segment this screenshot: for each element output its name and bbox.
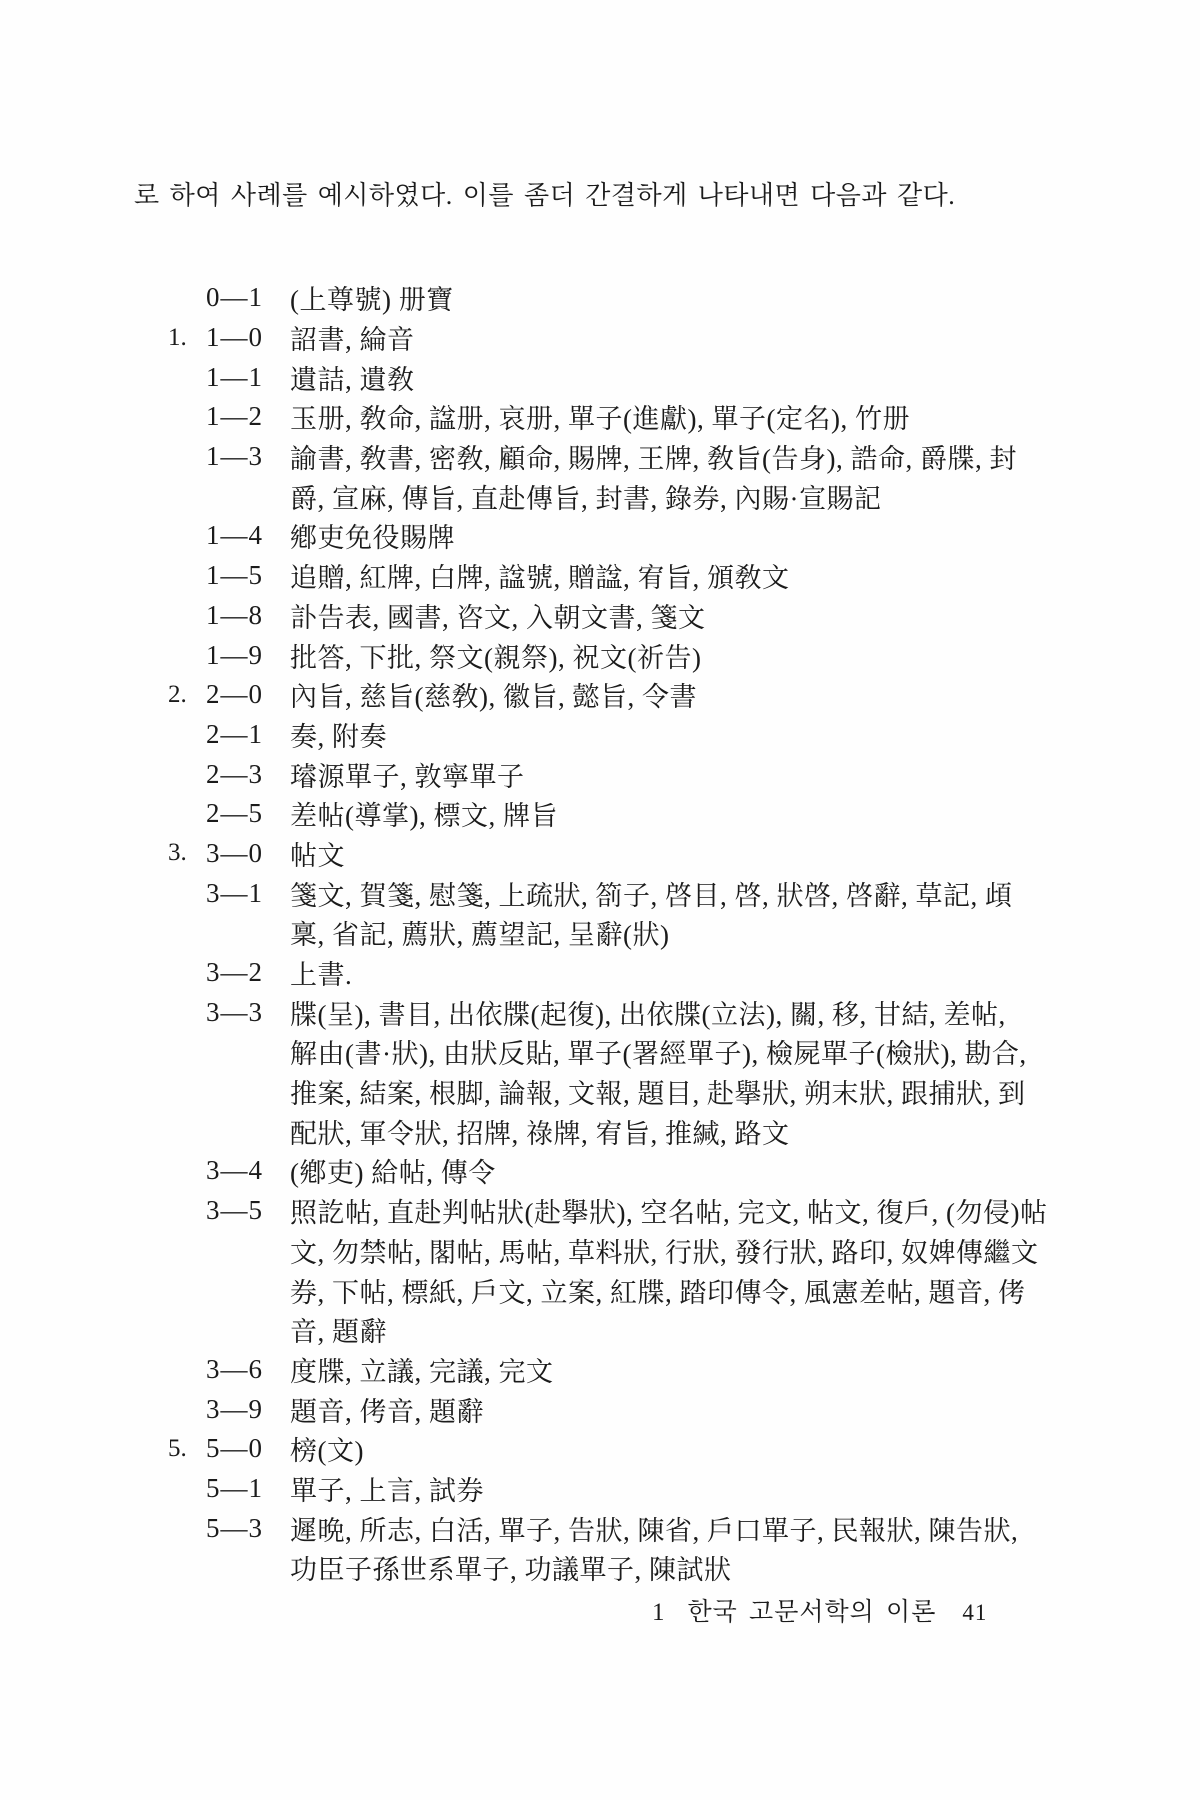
list-item: 1—5追贈, 紅牌, 白牌, 諡號, 贈諡, 宥旨, 頒敎文: [168, 556, 1068, 596]
list-item: 5—3遲晩, 所志, 白活, 單子, 告狀, 陳省, 戶口單子, 民報狀, 陳告…: [168, 1508, 1068, 1548]
list-item: 3—5照訖帖, 直赴判帖狀(赴擧狀), 空名帖, 完文, 帖文, 復戶, (勿侵…: [168, 1191, 1068, 1231]
item-text: 音, 題辭: [290, 1310, 387, 1349]
list-item: 2—3璿源單子, 敦寧單子: [168, 754, 1068, 794]
list-item: 1—4鄕吏免役賜牌: [168, 516, 1068, 556]
major-number: 2.: [168, 681, 206, 709]
item-code: 3—2: [206, 957, 290, 988]
list-item: 1.1—0詔書, 綸音: [168, 318, 1068, 358]
item-text: (上尊號) 册寶: [290, 278, 454, 317]
list-item: 3—6度牒, 立議, 完議, 完文: [168, 1350, 1068, 1390]
item-code: 1—1: [206, 362, 290, 393]
item-text: (鄕吏) 給帖, 傳令: [290, 1151, 496, 1190]
chapter-number: 1: [652, 1599, 666, 1627]
item-code: 3—3: [206, 997, 290, 1028]
item-code: 0—1: [206, 282, 290, 313]
item-code: 5—0: [206, 1433, 290, 1464]
major-number: 3.: [168, 839, 206, 867]
item-text: 推案, 結案, 根脚, 論報, 文報, 題目, 赴擧狀, 朔末狀, 跟捕狀, 到: [290, 1072, 1026, 1111]
item-code: 3—6: [206, 1354, 290, 1385]
item-code: 1—9: [206, 640, 290, 671]
item-code: 5—3: [206, 1513, 290, 1544]
list-item: 1—1遺詰, 遺敎: [168, 357, 1068, 397]
list-item: 3—4(鄕吏) 給帖, 傳令: [168, 1151, 1068, 1191]
item-text: 照訖帖, 直赴判帖狀(赴擧狀), 空名帖, 完文, 帖文, 復戶, (勿侵)帖: [290, 1191, 1047, 1230]
item-text: 遲晩, 所志, 白活, 單子, 告狀, 陳省, 戶口單子, 民報狀, 陳告狀,: [290, 1509, 1018, 1548]
item-code: 3—4: [206, 1155, 290, 1186]
item-code: 1—5: [206, 560, 290, 591]
item-code: 2—3: [206, 759, 290, 790]
item-text: 單子, 上言, 試券: [290, 1469, 484, 1508]
item-text: 榜(文): [290, 1429, 364, 1468]
item-text: 追贈, 紅牌, 白牌, 諡號, 贈諡, 宥旨, 頒敎文: [290, 556, 790, 595]
list-item: 1—8訃告表, 國書, 咨文, 入朝文書, 箋文: [168, 596, 1068, 636]
list-item: 1—3諭書, 敎書, 密敎, 顧命, 賜牌, 王牌, 敎旨(告身), 誥命, 爵…: [168, 437, 1068, 477]
major-number: 5.: [168, 1435, 206, 1463]
list-item-continuation: 配狀, 軍令狀, 招牌, 祿牌, 宥旨, 推緘, 路文: [168, 1111, 1068, 1151]
item-text: 解由(書·狀), 由狀反貼, 單子(署經單子), 檢屍單子(檢狀), 勘合,: [290, 1032, 1027, 1071]
list-item: 3.3—0帖文: [168, 834, 1068, 874]
item-text: 詔書, 綸音: [290, 318, 415, 357]
item-code: 1—0: [206, 322, 290, 353]
item-text: 諭書, 敎書, 密敎, 顧命, 賜牌, 王牌, 敎旨(告身), 誥命, 爵牒, …: [290, 437, 1017, 476]
document-page: 로 하여 사례를 예시하였다. 이를 좀더 간결하게 나타내면 다음과 같다. …: [0, 0, 1200, 1800]
list-item-continuation: 解由(書·狀), 由狀反貼, 單子(署經單子), 檢屍單子(檢狀), 勘合,: [168, 1032, 1068, 1072]
item-text: 稟, 省記, 薦狀, 薦望記, 呈辭(狀): [290, 913, 669, 952]
list-item: 2.2—0內旨, 慈旨(慈敎), 徽旨, 懿旨, 令書: [168, 675, 1068, 715]
item-code: 2—0: [206, 679, 290, 710]
item-text: 鄕吏免役賜牌: [290, 516, 455, 555]
item-text: 度牒, 立議, 完議, 完文: [290, 1350, 554, 1389]
item-text: 牒(呈), 書目, 出依牒(起復), 出依牒(立法), 關, 移, 甘結, 差帖…: [290, 993, 1006, 1032]
item-code: 1—3: [206, 441, 290, 472]
item-text: 功臣子孫世系單子, 功議單子, 陳試狀: [290, 1548, 732, 1587]
item-code: 2—5: [206, 798, 290, 829]
list-item: 1—9批答, 下批, 祭文(親祭), 祝文(祈告): [168, 635, 1068, 675]
list-item: 1—2玉册, 敎命, 諡册, 哀册, 單子(進獻), 單子(定名), 竹册: [168, 397, 1068, 437]
list-item-continuation: 推案, 結案, 根脚, 論報, 文報, 題目, 赴擧狀, 朔末狀, 跟捕狀, 到: [168, 1072, 1068, 1112]
list-item: 0—1(上尊號) 册寶: [168, 278, 1068, 318]
item-text: 遺詰, 遺敎: [290, 358, 415, 397]
item-text: 璿源單子, 敦寧單子: [290, 755, 525, 794]
item-text: 批答, 下批, 祭文(親祭), 祝文(祈告): [290, 636, 701, 675]
list-item: 3—9題音, 侤音, 題辭: [168, 1389, 1068, 1429]
list-item: 3—1箋文, 賀箋, 慰箋, 上疏狀, 箚子, 啓目, 啓, 狀啓, 啓辭, 草…: [168, 873, 1068, 913]
page-footer: 1 한국 고문서학의 이론 41: [652, 1592, 987, 1628]
item-code: 2—1: [206, 719, 290, 750]
item-code: 3—5: [206, 1195, 290, 1226]
item-text: 配狀, 軍令狀, 招牌, 祿牌, 宥旨, 推緘, 路文: [290, 1112, 790, 1151]
item-text: 差帖(導掌), 標文, 牌旨: [290, 794, 558, 833]
list-item-continuation: 音, 題辭: [168, 1310, 1068, 1350]
list-item: 2—5差帖(導掌), 標文, 牌旨: [168, 794, 1068, 834]
item-code: 5—1: [206, 1473, 290, 1504]
item-text: 內旨, 慈旨(慈敎), 徽旨, 懿旨, 令書: [290, 675, 697, 714]
list-item: 3—3牒(呈), 書目, 出依牒(起復), 出依牒(立法), 關, 移, 甘結,…: [168, 992, 1068, 1032]
major-number: 1.: [168, 324, 206, 352]
list-item: 5—1單子, 上言, 試券: [168, 1469, 1068, 1509]
item-code: 3—9: [206, 1394, 290, 1425]
item-text: 奏, 附奏: [290, 715, 387, 754]
item-code: 1—4: [206, 520, 290, 551]
item-text: 上書.: [290, 953, 352, 992]
item-code: 3—0: [206, 838, 290, 869]
list-item: 2—1奏, 附奏: [168, 715, 1068, 755]
item-text: 題音, 侤音, 題辭: [290, 1390, 484, 1429]
item-text: 爵, 宣麻, 傳旨, 直赴傳旨, 封書, 錄券, 內賜·宣賜記: [290, 477, 882, 516]
intro-paragraph: 로 하여 사례를 예시하였다. 이를 좀더 간결하게 나타내면 다음과 같다.: [134, 178, 934, 214]
list-item-continuation: 文, 勿禁帖, 閣帖, 馬帖, 草料狀, 行狀, 發行狀, 路印, 奴婢傳繼文: [168, 1231, 1068, 1271]
list-item-continuation: 功臣子孫世系單子, 功議單子, 陳試狀: [168, 1548, 1068, 1588]
item-text: 帖文: [290, 834, 345, 873]
list-item-continuation: 稟, 省記, 薦狀, 薦望記, 呈辭(狀): [168, 913, 1068, 953]
running-title: 한국 고문서학의 이론: [688, 1592, 937, 1628]
list-item-continuation: 券, 下帖, 標紙, 戶文, 立案, 紅牒, 踏印傳令, 風憲差帖, 題音, 侤: [168, 1270, 1068, 1310]
list-item: 5.5—0榜(文): [168, 1429, 1068, 1469]
list-item: 3—2上書.: [168, 953, 1068, 993]
item-text: 玉册, 敎命, 諡册, 哀册, 單子(進獻), 單子(定名), 竹册: [290, 397, 910, 436]
item-code: 1—2: [206, 401, 290, 432]
item-code: 3—1: [206, 878, 290, 909]
item-code: 1—8: [206, 600, 290, 631]
item-text: 文, 勿禁帖, 閣帖, 馬帖, 草料狀, 行狀, 發行狀, 路印, 奴婢傳繼文: [290, 1231, 1039, 1270]
page-number: 41: [962, 1600, 987, 1626]
item-text: 箋文, 賀箋, 慰箋, 上疏狀, 箚子, 啓目, 啓, 狀啓, 啓辭, 草記, …: [290, 874, 1013, 913]
item-text: 券, 下帖, 標紙, 戶文, 立案, 紅牒, 踏印傳令, 風憲差帖, 題音, 侤: [290, 1271, 1026, 1310]
list-item-continuation: 爵, 宣麻, 傳旨, 直赴傳旨, 封書, 錄券, 內賜·宣賜記: [168, 476, 1068, 516]
classification-list: 0—1(上尊號) 册寶1.1—0詔書, 綸音1—1遺詰, 遺敎1—2玉册, 敎命…: [168, 278, 1068, 1588]
item-text: 訃告表, 國書, 咨文, 入朝文書, 箋文: [290, 596, 706, 635]
